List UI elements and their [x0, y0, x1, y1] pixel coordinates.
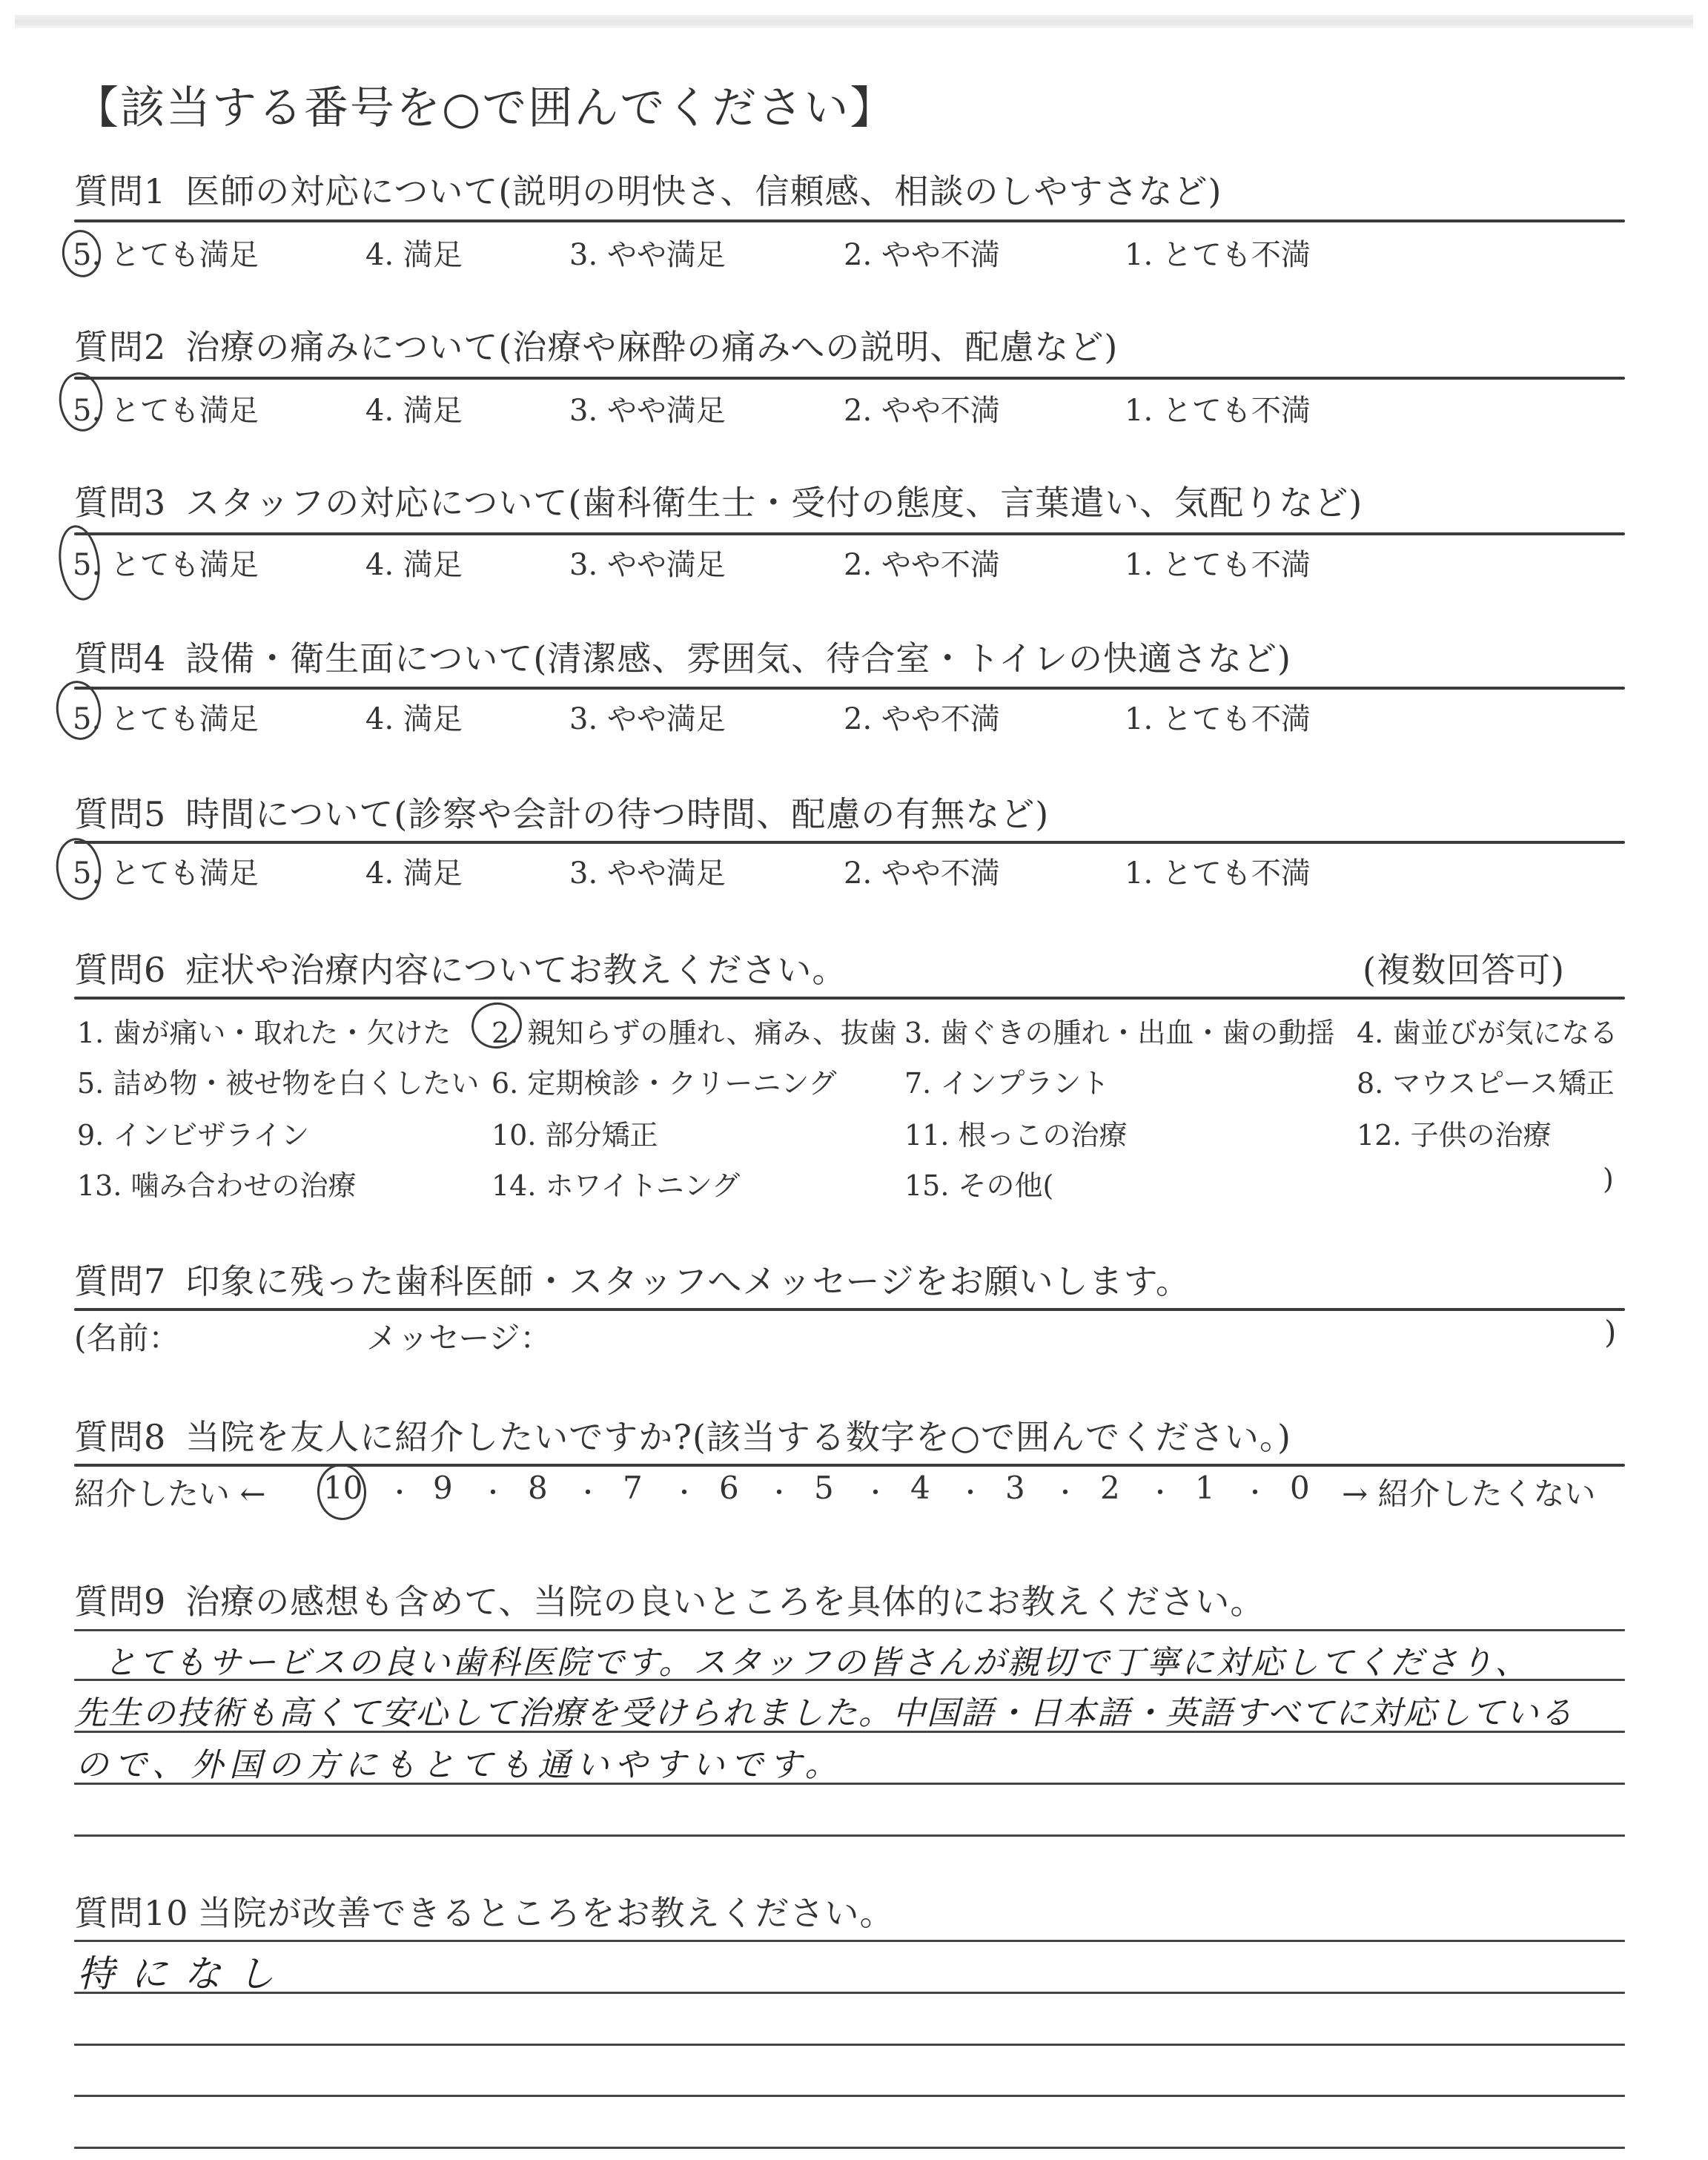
q8-score-4[interactable]: 4: [910, 1470, 930, 1506]
q8-score-10[interactable]: 10: [323, 1470, 363, 1506]
question-8-number: 質問8: [74, 1417, 166, 1457]
q9-writing-line: [74, 1783, 1625, 1785]
question-8-heading: 質問8当院を友人に紹介したいですか?(該当する数字を○で囲んでください。): [74, 1410, 1291, 1459]
q8-separator: ・: [1148, 1473, 1173, 1509]
question-4-heading: 質問4設備・衛生面について(清潔感、雰囲気、待合室・トイレの快適さなど): [74, 632, 1291, 681]
question-1-text: 医師の対応について(説明の明快さ、信頼感、相談のしやすさなど): [185, 171, 1222, 211]
q1-option-1[interactable]: 1. とても不満: [1125, 231, 1311, 274]
q1-option-4[interactable]: 4. 満足: [365, 231, 463, 274]
question-5-text: 時間について(診察や会計の待つ時間、配慮の有無など): [185, 794, 1049, 834]
q7-message-field[interactable]: [549, 1314, 1586, 1351]
question-2-number: 質問2: [74, 327, 166, 367]
q9-writing-line: [74, 1834, 1625, 1837]
question-3-number: 質問3: [74, 483, 166, 523]
question-5-number: 質問5: [74, 794, 166, 834]
question-6-text: 症状や治療内容についてお教えください。: [185, 950, 847, 990]
q2-option-4[interactable]: 4. 満足: [365, 387, 463, 429]
q8-separator: ・: [672, 1473, 697, 1509]
q8-score-2[interactable]: 2: [1100, 1470, 1120, 1506]
q7-name-label: (名前：: [74, 1314, 179, 1358]
q6-option-11[interactable]: 11. 根っこの治療: [904, 1112, 1128, 1153]
q6-option-10[interactable]: 10. 部分矯正: [491, 1112, 658, 1153]
question-7-text: 印象に残った歯科医師・スタッフへメッセージをお願いします。: [185, 1261, 1191, 1301]
question-5-rule: [74, 841, 1625, 844]
q8-separator: ・: [1242, 1473, 1268, 1509]
q8-right-label: → 紹介したくない: [1342, 1470, 1596, 1514]
q4-option-3[interactable]: 3. やや満足: [569, 696, 726, 738]
q6-other-close-paren: ): [1603, 1163, 1614, 1195]
q6-option-13[interactable]: 13. 噛み合わせの治療: [77, 1163, 357, 1203]
q1-option-5[interactable]: 5. とても満足: [73, 231, 259, 274]
q10-writing-line: [74, 1992, 1625, 1994]
q6-option-14[interactable]: 14. ホワイトニング: [491, 1163, 740, 1203]
q5-option-1[interactable]: 1. とても不満: [1125, 850, 1311, 892]
q10-writing-line: [74, 2044, 1625, 2046]
q8-separator: ・: [863, 1473, 888, 1509]
q6-option-2[interactable]: 2. 親知らずの腫れ、痛み、抜歯: [491, 1010, 897, 1051]
q8-left-label: 紹介したい ←: [74, 1470, 266, 1514]
q8-score-7[interactable]: 7: [623, 1470, 643, 1506]
q10-answer-line-1[interactable]: 特になし: [77, 1944, 291, 1998]
question-9-number: 質問9: [74, 1582, 166, 1622]
question-6-rule: [74, 997, 1625, 1000]
q6-option-3[interactable]: 3. 歯ぐきの腫れ・出血・歯の動揺: [904, 1010, 1334, 1051]
q7-message-label: メッセージ：: [366, 1314, 551, 1358]
scan-edge-band: [15, 15, 1693, 28]
question-4-rule: [74, 687, 1625, 690]
q9-writing-line: [74, 1679, 1625, 1681]
q8-separator: ・: [575, 1473, 600, 1509]
q5-option-4[interactable]: 4. 満足: [365, 850, 463, 892]
question-2-heading: 質問2治療の痛みについて(治療や麻酔の痛みへの説明、配慮など): [74, 320, 1118, 369]
q2-option-3[interactable]: 3. やや満足: [569, 387, 726, 429]
q8-score-1[interactable]: 1: [1195, 1470, 1215, 1506]
question-9-heading: 質問9治療の感想も含めて、当院の良いところを具体的にお教えください。: [74, 1575, 1265, 1624]
form-instruction-title: 【該当する番号を○で囲んでください】: [74, 73, 896, 136]
q9-answer-line-3[interactable]: ので、外国の方にもとても通いやすいです。: [76, 1738, 844, 1786]
question-10-text: 当院が改善できるところをお教えください。: [198, 1893, 895, 1933]
q2-option-1[interactable]: 1. とても不満: [1125, 387, 1311, 429]
q1-option-2[interactable]: 2. やや不満: [844, 231, 1000, 274]
q5-option-3[interactable]: 3. やや満足: [569, 850, 726, 892]
q6-option-15-other[interactable]: 15. その他(: [904, 1163, 1053, 1203]
question-1-rule: [74, 219, 1625, 222]
q8-separator: ・: [767, 1473, 792, 1509]
question-7-number: 質問7: [74, 1261, 166, 1301]
question-2-text: 治療の痛みについて(治療や麻酔の痛みへの説明、配慮など): [185, 327, 1118, 367]
question-3-text: スタッフの対応について(歯科衛生士・受付の態度、言葉遣い、気配りなど): [185, 483, 1363, 523]
q9-answer-line-2[interactable]: 先生の技術も高くて安心して治療を受けられました。中国語・日本語・英語すべてに対応…: [74, 1686, 1574, 1734]
q6-option-7[interactable]: 7. インプラント: [904, 1060, 1109, 1101]
question-4-text: 設備・衛生面について(清潔感、雰囲気、待合室・トイレの快適さなど): [185, 638, 1291, 678]
question-8-rule: [74, 1464, 1625, 1467]
q7-close-paren: ): [1604, 1314, 1616, 1350]
q8-separator: ・: [387, 1473, 412, 1509]
question-3-heading: 質問3スタッフの対応について(歯科衛生士・受付の態度、言葉遣い、気配りなど): [74, 476, 1363, 525]
q10-writing-line: [74, 2147, 1625, 2149]
q7-name-field[interactable]: [185, 1314, 348, 1351]
question-10-number: 質問10: [74, 1893, 189, 1933]
q8-score-0[interactable]: 0: [1290, 1470, 1310, 1506]
q8-score-9[interactable]: 9: [433, 1470, 453, 1506]
q2-option-5[interactable]: 5. とても満足: [73, 387, 259, 429]
q9-answer-line-1[interactable]: とてもサービスの良い歯科医院です。スタッフの皆さんが親切で丁寧に対応してくださり…: [104, 1636, 1529, 1683]
question-10-heading: 質問10当院が改善できるところをお教えください。: [74, 1886, 895, 1935]
q8-separator: ・: [1053, 1473, 1078, 1509]
q3-option-3[interactable]: 3. やや満足: [569, 541, 726, 584]
question-2-rule: [74, 377, 1625, 380]
q9-writing-line: [74, 1731, 1625, 1733]
q2-option-2[interactable]: 2. やや不満: [844, 387, 1000, 429]
q3-option-1[interactable]: 1. とても不満: [1125, 541, 1311, 584]
question-8-text: 当院を友人に紹介したいですか?(該当する数字を○で囲んでください。): [185, 1417, 1291, 1457]
question-7-rule: [74, 1308, 1625, 1311]
q4-option-1[interactable]: 1. とても不満: [1125, 696, 1311, 738]
question-7-heading: 質問7印象に残った歯科医師・スタッフへメッセージをお願いします。: [74, 1255, 1191, 1304]
q3-option-2[interactable]: 2. やや不満: [844, 541, 1000, 584]
question-10-rule: [74, 1940, 1625, 1942]
q6-option-1[interactable]: 1. 歯が痛い・取れた・欠けた: [77, 1010, 451, 1051]
q6-option-5[interactable]: 5. 詰め物・被せ物を白くしたい: [77, 1060, 479, 1101]
q8-score-5[interactable]: 5: [814, 1470, 834, 1506]
q5-option-2[interactable]: 2. やや不満: [844, 850, 1000, 892]
question-1-number: 質問1: [74, 171, 166, 211]
q6-option-4[interactable]: 4. 歯並びが気になる: [1357, 1010, 1618, 1051]
q5-option-5[interactable]: 5. とても満足: [73, 850, 259, 892]
question-4-number: 質問4: [74, 638, 166, 678]
q8-score-6[interactable]: 6: [719, 1470, 739, 1506]
q6-option-9[interactable]: 9. インビザライン: [77, 1112, 309, 1153]
question-5-heading: 質問5時間について(診察や会計の待つ時間、配慮の有無など): [74, 787, 1049, 836]
q4-option-5[interactable]: 5. とても満足: [73, 696, 259, 738]
q8-separator: ・: [480, 1473, 506, 1509]
question-6-number: 質問6: [74, 950, 166, 990]
q6-option-6[interactable]: 6. 定期検診・クリーニング: [491, 1060, 837, 1101]
q4-option-4[interactable]: 4. 満足: [365, 696, 463, 738]
q6-option-12[interactable]: 12. 子供の治療: [1357, 1112, 1552, 1153]
q8-score-8[interactable]: 8: [528, 1470, 548, 1506]
question-3-rule: [74, 532, 1625, 535]
q8-score-3[interactable]: 3: [1005, 1470, 1025, 1506]
q10-writing-line: [74, 2095, 1625, 2097]
q4-option-2[interactable]: 2. やや不満: [844, 696, 1000, 738]
q3-option-5[interactable]: 5. とても満足: [73, 541, 259, 584]
q3-option-4[interactable]: 4. 満足: [365, 541, 463, 584]
q8-separator: ・: [958, 1473, 983, 1509]
question-6-multi-answer-note: (複数回答可): [1363, 943, 1565, 992]
question-9-text: 治療の感想も含めて、当院の良いところを具体的にお教えください。: [185, 1582, 1265, 1622]
question-9-rule: [74, 1629, 1625, 1631]
q6-option-8[interactable]: 8. マウスピース矯正: [1357, 1060, 1615, 1101]
q1-option-3[interactable]: 3. やや満足: [569, 231, 726, 274]
question-1-heading: 質問1医師の対応について(説明の明快さ、信頼感、相談のしやすさなど): [74, 165, 1222, 214]
question-6-heading: 質問6症状や治療内容についてお教えください。: [74, 943, 847, 992]
